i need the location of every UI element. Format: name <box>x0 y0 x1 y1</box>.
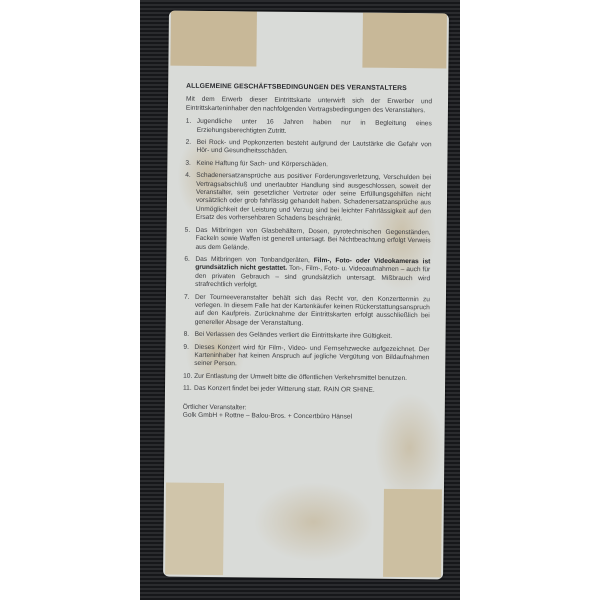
terms-item: 10. Zur Entlastung der Umwelt bitte die … <box>183 372 429 383</box>
item-number: 6. <box>184 256 195 290</box>
terms-item: 1. Jugendliche unter 16 Jahren haben nur… <box>186 118 432 137</box>
terms-title: ALLGEMEINE GESCHÄFTSBEDINGUNGEN DES VERA… <box>186 83 432 94</box>
item-number: 11. <box>183 385 194 394</box>
item-text: Bei Verlassen des Geländes verliert die … <box>195 331 430 342</box>
item-text: Jugendliche unter 16 Jahren haben nur in… <box>197 118 432 137</box>
terms-item: 3. Keine Haftung für Sach- und Körpersch… <box>185 160 431 171</box>
item-number: 8. <box>184 331 195 340</box>
tape-top-left <box>170 11 257 67</box>
terms-item: 4. Schadenersatzansprüche aus positiver … <box>185 172 432 225</box>
terms-intro: Mit dem Erwerb dieser Eintrittskarte unt… <box>186 96 432 115</box>
terms-item: 6. Das Mitbringen von Tonbandgeräten, Fi… <box>184 256 430 292</box>
item-text: Zur Entlastung der Umwelt bitte die öffe… <box>194 373 429 384</box>
item-number: 1. <box>186 118 197 135</box>
item-number: 9. <box>183 343 194 368</box>
item-number: 5. <box>184 226 195 251</box>
item-number: 7. <box>184 293 195 327</box>
stain <box>253 481 374 562</box>
terms-item: 11. Das Konzert findet bei jeder Witteru… <box>183 385 429 396</box>
terms-item: 9. Dieses Konzert wird für Film-, Video-… <box>183 343 429 371</box>
tape-bottom-left <box>165 483 224 576</box>
item-text: Das Konzert findet bei jeder Witterung s… <box>194 385 429 396</box>
item-number: 3. <box>185 160 196 169</box>
item-text: Keine Haftung für Sach- und Körperschäde… <box>196 160 431 171</box>
item-number: 2. <box>185 139 196 156</box>
organizer-names: Golk GmbH + Rottne – Balou-Bros. + Conce… <box>183 412 429 423</box>
item-text: Dieses Konzert wird für Film-, Video- un… <box>194 343 429 371</box>
terms-item: 8. Bei Verlassen des Geländes verliert d… <box>184 331 430 342</box>
item-number: 4. <box>185 172 197 223</box>
item-text: Schadenersatzansprüche aus positiver For… <box>196 172 432 225</box>
item-number: 10. <box>183 372 194 381</box>
tape-bottom-right <box>383 489 442 578</box>
terms-item: 5. Das Mitbringen von Glasbehältern, Dos… <box>184 226 430 254</box>
terms-text-block: ALLGEMEINE GESCHÄFTSBEDINGUNGEN DES VERA… <box>183 83 433 423</box>
terms-item: 2. Bei Rock- und Popkonzerten besteht au… <box>185 139 431 158</box>
item-text: Bei Rock- und Popkonzerten besteht aufgr… <box>196 139 431 158</box>
item-text: Das Mitbringen von Tonbandgeräten, Film-… <box>195 256 430 292</box>
local-organizer: Örtlicher Veranstalter: Golk GmbH + Rott… <box>183 403 429 422</box>
item-text: Der Tourneeveranstalter behält sich das … <box>195 293 430 329</box>
tape-top-right <box>362 13 447 69</box>
item-text-pre: Das Mitbringen von Tonbandgeräten, <box>195 256 314 264</box>
terms-item: 7. Der Tourneeveranstalter behält sich d… <box>184 293 430 329</box>
item-text: Das Mitbringen von Glasbehältern, Dosen,… <box>195 227 430 255</box>
concert-ticket-back: ALLGEMEINE GESCHÄFTSBEDINGUNGEN DES VERA… <box>163 11 449 580</box>
